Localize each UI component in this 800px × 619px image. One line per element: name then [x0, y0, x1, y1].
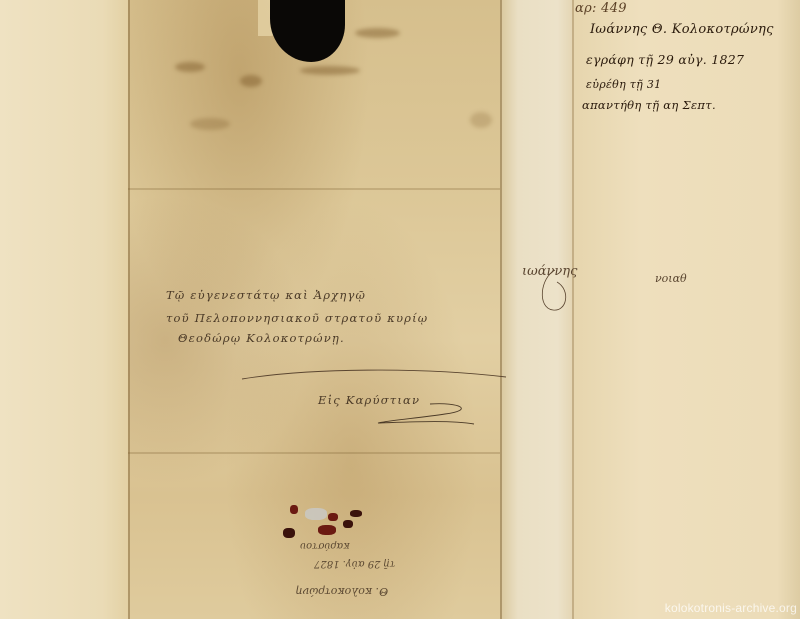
- fold-line: [128, 0, 130, 619]
- signature-flourish: [370, 400, 480, 430]
- ink-stain: [355, 28, 400, 38]
- address-line-3: Θεοδώρῳ Κολοκοτρώνῃ.: [178, 331, 345, 345]
- margin-flourish: [535, 268, 575, 313]
- archive-watermark: kolokotronis-archive.org: [665, 601, 797, 615]
- wax-seal-fragment: [343, 520, 353, 528]
- ink-stain: [175, 62, 205, 72]
- address-line-1: Τῷ εὐγενεστάτῳ καὶ Ἀρχηγῷ: [166, 288, 366, 302]
- decorative-rule: [240, 365, 510, 385]
- wax-seal-fragment: [305, 508, 327, 520]
- inverted-note-line2: τῇ 29 αὐγ. 1827: [314, 558, 395, 569]
- fold-line: [128, 452, 500, 454]
- ink-stain: [470, 112, 492, 128]
- archive-date-received: εὐρέθη τῇ 31: [586, 78, 661, 91]
- ink-stain: [240, 75, 262, 87]
- center-address-panel: [128, 0, 500, 619]
- wax-seal-fragment: [290, 505, 298, 514]
- archive-date-answered: απαντήθη τῇ αη Σεπτ.: [582, 98, 716, 112]
- ink-stain: [190, 118, 230, 130]
- archive-date-written: εγράφη τῇ 29 αὐγ. 1827: [586, 52, 744, 67]
- right-fold-panel: [572, 0, 800, 619]
- left-fold-panel: [0, 0, 128, 619]
- archive-number: αρ: 449: [575, 1, 627, 16]
- wax-seal-fragment: [283, 528, 295, 538]
- wax-seal-fragment: [328, 513, 338, 521]
- address-line-2: τοῦ Πελοποννησιακοῦ στρατοῦ κυρίῳ: [166, 311, 428, 325]
- fold-line: [128, 188, 500, 190]
- manuscript-sheet: αρ: 449 Ιωάννης Θ. Κολοκοτρώνης εγράφη τ…: [0, 0, 800, 619]
- inverted-note-line1: καρύστου: [300, 540, 350, 551]
- archive-sender: Ιωάννης Θ. Κολοκοτρώνης: [590, 22, 774, 37]
- inverted-note-line3: Θ. κολοκοτρώνη: [296, 585, 388, 598]
- wax-seal-fragment: [350, 510, 362, 517]
- fold-line: [500, 0, 502, 619]
- wax-seal-fragment: [318, 525, 336, 535]
- margin-note-word2: νοιαθ: [655, 272, 687, 285]
- ink-stain: [300, 66, 360, 75]
